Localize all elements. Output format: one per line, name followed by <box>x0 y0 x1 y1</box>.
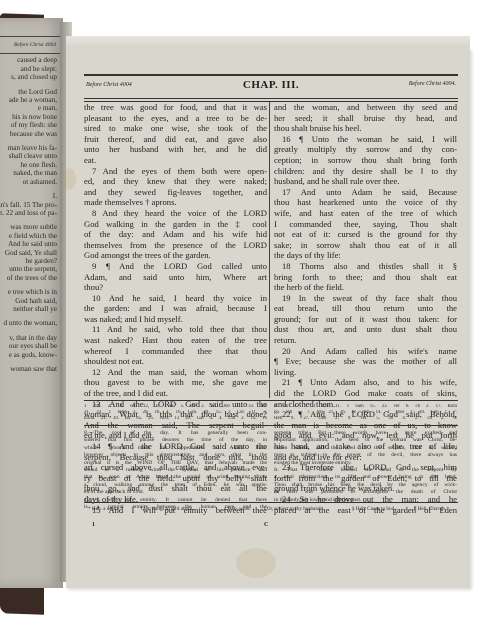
verse-line: not eat of it: cursed is the ground for … <box>274 229 457 240</box>
previous-page-line: s, and closed up <box>0 73 60 81</box>
previous-page-line: woman saw that <box>0 365 60 373</box>
previous-page-line: of the trees of the <box>0 274 60 282</box>
verse-line: her seed; it shall bruise thy head, and <box>274 113 457 124</box>
footnote: * Heb. a desire. <box>88 506 120 512</box>
verse-line: 17 And unto Adam he said, Because <box>274 187 457 198</box>
verse-line: 18 Thorns also and thistles shall it § <box>274 261 457 272</box>
commentary-line: men as subject to the power of the devil… <box>274 452 457 459</box>
commentary-line: Thou shalt bruise his heel; the devil by… <box>274 482 457 489</box>
rule <box>0 36 60 37</box>
rule <box>0 53 60 54</box>
commentary-line: important application, the seed of the w… <box>274 437 457 444</box>
previous-page-line: neither shall ye <box>0 305 60 313</box>
verse-line: unto her husband with her, and he did <box>84 144 267 155</box>
verse-line: 11 And he said, who told thee that thou <box>84 324 267 335</box>
verse-line: God walking in the garden in the ‡ cool <box>84 219 267 230</box>
verse-line: 20 And Adam called his wife's name <box>274 346 457 357</box>
commentary-line: sound of a rushing wind the symbol of hi… <box>84 467 267 474</box>
commentary-line: tween whom and the seed of the serpent, … <box>274 445 457 452</box>
verse-line: pleasant to the eyes, and a tree to be d… <box>84 113 267 124</box>
previous-page-line: he garden? <box>0 257 60 265</box>
verse-line: of the day: and Adam and his wife hid <box>84 229 267 240</box>
footnote: ‡ Heb. wind. <box>224 506 251 512</box>
verse-line: thou shalt bruise his heel. <box>274 123 457 134</box>
chapter-title: CHAP. III. <box>84 79 458 91</box>
verse-line: was naked; and I hid myself. <box>84 314 267 325</box>
commentary-line: serpent tribe. But these words have a mo… <box>274 430 457 437</box>
commentary-line: 8.—The cool of the day. It has generally… <box>84 430 267 437</box>
verse-line: sake; in sorrow shalt thou eat of it all <box>274 240 457 251</box>
previous-page-line: God said, Ye shall <box>0 249 60 257</box>
previous-page-fragment: Before Christ 4004 caused a deepand he s… <box>0 18 63 588</box>
verse-line: shouldest not eat. <box>84 356 267 367</box>
verse-line: thou gavest to be with me, she gave me <box>84 377 267 388</box>
footnote: ¶ Heb. Chavah. <box>414 506 446 512</box>
verse-line: husband, and he shall rule over thee. <box>274 176 457 187</box>
verse-line: and the woman, and between thy seed and <box>274 102 457 113</box>
rule <box>84 425 458 426</box>
previous-page-line: v, that in the day <box>0 334 60 342</box>
previous-page-line: caused a deep <box>0 56 60 64</box>
verse-line: living. <box>274 367 457 378</box>
cross-reference-line: Heb 9. 27. Gen 2. 9. ver. 5. ch 4. 2. ch… <box>274 416 457 422</box>
previous-page-line: because she was <box>0 130 60 138</box>
cross-references-right: 8. ch 4. 7. 1 Cor 11. 1 Sam 15. 23. ver … <box>274 404 457 423</box>
verse-line: ception; in sorrow thou shalt bring fort… <box>274 155 457 166</box>
verse-line: wast naked? Hast thou eaten of the tree <box>84 335 267 346</box>
verse-line: 8 And they heard the voice of the LORD <box>84 208 267 219</box>
previous-page-line: e tree which is in <box>0 288 60 296</box>
running-head: Before Christ 4004 CHAP. III. Before Chr… <box>84 74 458 99</box>
verse-line: sired to make one wise, she took of the <box>84 123 267 134</box>
column-divider <box>269 102 270 398</box>
verse-line: made themselves † aprons. <box>84 197 267 208</box>
verse-line: fruit thereof, and did eat, and gave als… <box>84 134 267 145</box>
verse-line: 9 ¶ And the LORD God called unto <box>84 261 267 272</box>
signature-mark: 1 <box>92 522 95 528</box>
commentary-line: original it is the WIND OF THE DAY, that… <box>84 460 267 467</box>
commentary-line: which Jehovah made his appearance to Ada… <box>84 445 267 452</box>
verse-line: and they sewed fig-leaves together, and <box>84 187 267 198</box>
signature-mark: C <box>264 522 268 528</box>
verse-line: themselves from the presence of the LORD <box>84 240 267 251</box>
cross-reference-line: Exod. 21. 29. Isa 65. 25. Acts 13 10. Ga… <box>84 416 267 422</box>
cross-references-left: 1 Tim. 2. 14. ver. 12, 17. ver. 5. ch 2.… <box>84 404 267 423</box>
verse-line: ground; for out of it wast thou taken: f… <box>274 314 457 325</box>
verse-line: dust thou art, and unto dust shalt thou <box>274 324 457 335</box>
verse-line: God amongst the trees of the garden. <box>84 250 267 261</box>
verse-line: I commanded thee, saying, Thou shalt <box>274 219 457 230</box>
previous-page-line: unto the serpent, <box>0 265 60 273</box>
footnote: subject to thy husband. <box>274 506 322 512</box>
commentary-line: ed of the approach of God. <box>84 489 267 496</box>
verse-line: greatly multiply thy sorrow and thy con- <box>274 144 457 155</box>
previous-page-line: ade he a woman, <box>0 96 60 104</box>
verse-line: Adam, and said unto him, Where art <box>84 272 267 283</box>
verse-line: 19 In the sweat of thy face shalt thou <box>274 293 457 304</box>
previous-page-line: and he slept: <box>0 65 60 73</box>
verse-line: of the tree, and I did eat. <box>84 388 267 399</box>
commentary-left: 8.—The cool of the day. It has generally… <box>84 430 267 511</box>
footnote: † Or, things to gird about. <box>140 506 194 512</box>
verse-line: eat bread, till thou return unto the <box>274 303 457 314</box>
running-head-right: Before Christ 4004. <box>409 81 456 87</box>
rule <box>84 400 458 401</box>
previous-page-line: he one flesh. <box>0 161 60 169</box>
previous-page-line: e man. <box>0 104 60 112</box>
commentary-line: It. That is, Christ bruised the head of … <box>274 467 457 474</box>
previous-page-line: shall cleave unto <box>0 152 60 160</box>
paper-stain <box>62 168 76 190</box>
verse-line: the days of thy life: <box>274 250 457 261</box>
commentary-line: ed men was permitted to accomplish the d… <box>274 489 457 496</box>
commentary-right: serpent tribe. But these words have a mo… <box>274 430 457 504</box>
verse-line: wife, and hast eaten of the tree of whic… <box>274 208 457 219</box>
previous-page-line: naked, the man <box>0 169 60 177</box>
verse-line: thou? <box>84 282 267 293</box>
verse-line: the garden: and I was afraid, because I <box>84 303 267 314</box>
verse-line: did the LORD God make coats of skins, <box>274 388 457 399</box>
previous-page-line: ent. 22 and loss of pa- <box>0 209 60 217</box>
previous-page-line: d unto the woman, <box>0 319 60 327</box>
scripture-columns: the tree was good for food, and that it … <box>84 102 458 398</box>
previous-page-line: And he said unto <box>0 240 60 248</box>
paper-stain <box>236 548 276 578</box>
verse-line: 12 And the man said, the woman whom <box>84 367 267 378</box>
previous-page-line: was more subtle <box>0 223 60 231</box>
previous-page-line: ot ashamed. <box>0 178 60 186</box>
commentary-line: however objects to this interpretation, … <box>84 452 267 459</box>
commentary-line: a cloud, walking among the trees of Eden… <box>84 482 267 489</box>
previous-page-line: Man's fall. 15 The pro- <box>0 201 60 209</box>
commentary-line: a total destruction: its life and power … <box>274 474 457 481</box>
bible-page: Before Christ 4004 CHAP. III. Before Chr… <box>66 48 470 588</box>
footnote: § Heb. Cause to bud. <box>352 506 396 512</box>
verse-line: children: and thy desire shall be ‖ to t… <box>274 166 457 177</box>
verse-line: eat. <box>84 155 267 166</box>
footnote: ‖ Or, <box>264 506 273 512</box>
verse-line: the tree was good for food, and that it … <box>84 102 267 113</box>
verse-line: 21 ¶ Unto Adam also, and to his wife, <box>274 377 457 388</box>
verse-line: 7 And the eyes of them both were open- <box>84 166 267 177</box>
previous-page-line: his is now bone <box>0 113 60 121</box>
commentary-line: sidered that this phrase denotes the tim… <box>84 437 267 444</box>
previous-page-line: man leave his fa- <box>0 144 60 152</box>
previous-page-line: of my flesh: she <box>0 121 60 129</box>
rule <box>84 502 458 503</box>
verse-line: 10 And he said, I heard thy voice in <box>84 293 267 304</box>
commentary-line: existed the most inveterate enmity. <box>274 460 457 467</box>
previous-page-line: e field which the <box>0 232 60 240</box>
verse-line: bring forth to thee; and thou shalt eat <box>274 272 457 283</box>
previous-page-line: e as gods, know- <box>0 351 60 359</box>
verse-line: thou hast hearkened unto the voice of th… <box>274 197 457 208</box>
previous-page-text: Before Christ 4004 caused a deepand he s… <box>0 18 60 373</box>
previous-page-line: I. <box>0 192 60 200</box>
verse-line: ed, and they knew that they were naked; <box>84 176 267 187</box>
commentary-line: that as soon as Adam heard the sound of … <box>84 474 267 481</box>
verse-line: whereof I commanded thee that thou <box>84 346 267 357</box>
previous-page-running-head: Before Christ 4004 <box>0 39 60 51</box>
verse-line: ¶ Eve; because she was the mother of all <box>274 356 457 367</box>
previous-page-line: the Lord God <box>0 88 60 96</box>
verse-line: the herb of the field. <box>274 282 457 293</box>
previous-page-line: our eyes shall be <box>0 342 60 350</box>
previous-page-line: God hath said, <box>0 297 60 305</box>
verse-line: return. <box>274 335 457 346</box>
verse-line: 16 ¶ Unto the woman he said, I will <box>274 134 457 145</box>
